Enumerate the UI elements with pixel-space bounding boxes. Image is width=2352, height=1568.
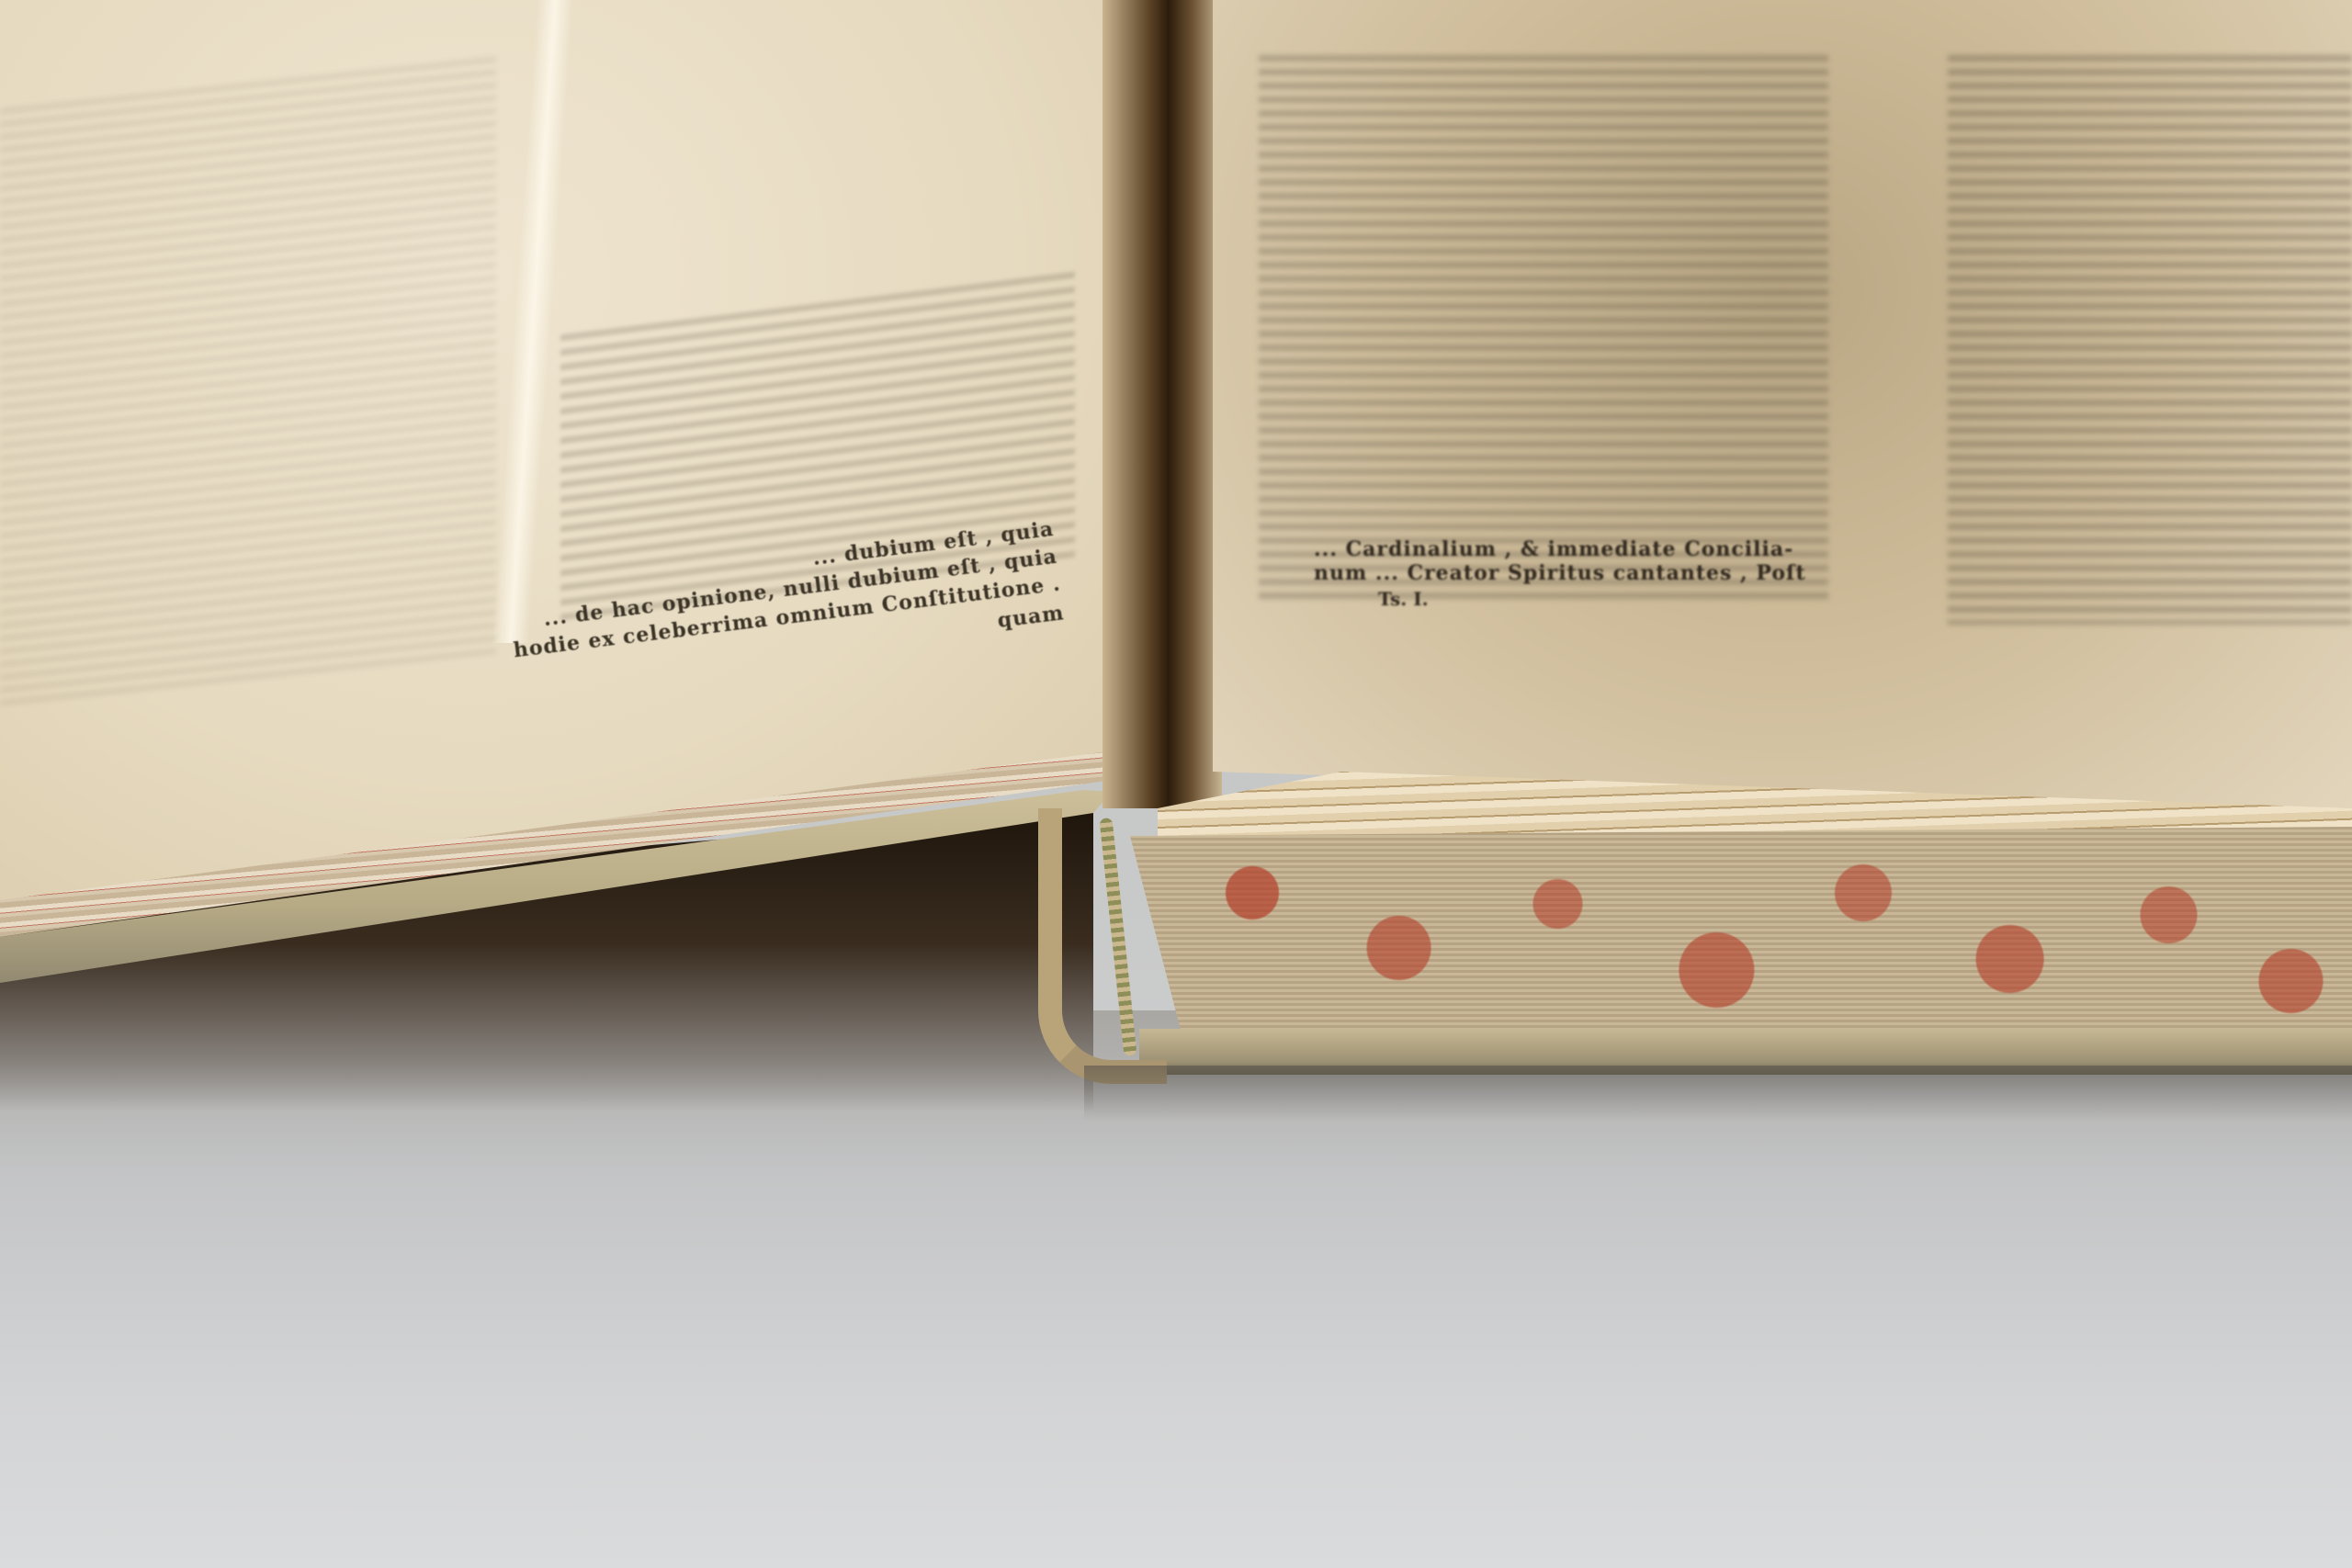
- left-page-text-column-1: [0, 57, 496, 706]
- right-page-text-column-1: [1259, 55, 1828, 606]
- right-page: ... Cardinalium , & immediate Concilia- …: [1213, 0, 2352, 827]
- red-speckled-page-edge: [1130, 827, 2352, 1047]
- book-gutter: [1102, 0, 1222, 808]
- right-line-1: ... Cardinalium , & immediate Concilia-: [1314, 537, 2343, 561]
- right-line-2: num ... Creator Spiritus cantantes , Poſ…: [1314, 561, 2343, 585]
- signature-mark: Ts. I.: [1378, 588, 1429, 610]
- book-cast-shadow: [1084, 1066, 2352, 1121]
- right-page-legible-text: ... Cardinalium , & immediate Concilia- …: [1314, 537, 2343, 585]
- photo-scene: ... dubium eſt , quia ... de hac opinion…: [0, 0, 2352, 1568]
